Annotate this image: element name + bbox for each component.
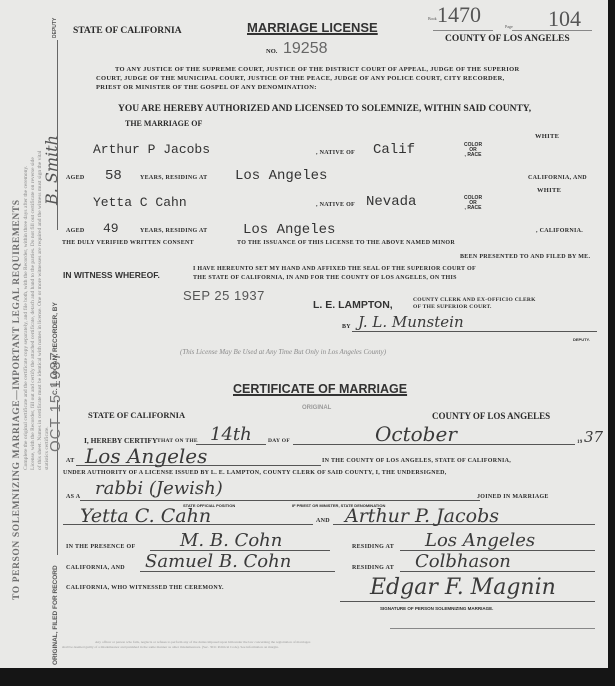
consent-line-2: TO THE ISSUANCE OF THIS LICENSE TO THE A… xyxy=(237,240,455,246)
witness-2-name: Samuel B. Cohn xyxy=(145,551,291,572)
california-label: , CALIFORNIA. xyxy=(536,228,583,234)
filed-for-record-label: ORIGINAL, FILED FOR RECORD xyxy=(52,565,59,665)
day-of-label: DAY OF xyxy=(268,438,290,444)
certificate-year: 37 xyxy=(584,428,603,446)
license-state: STATE OF CALIFORNIA xyxy=(73,26,182,36)
address-line-3: PRIEST OR MINISTER OF THE GOSPEL OF ANY … xyxy=(96,84,317,91)
groom-age: 58 xyxy=(105,168,122,184)
clerk-name: L. E. LAMPTON, xyxy=(313,299,393,311)
and-label: AND xyxy=(316,518,330,524)
witness-text-2: THE STATE OF CALIFORNIA, IN AND FOR THE … xyxy=(193,275,457,281)
bride-native-of: Nevada xyxy=(366,194,416,210)
signature-caption: SIGNATURE OF PERSON SOLEMNIZING MARRIAGE… xyxy=(380,606,493,611)
year-prefix: 19 xyxy=(577,440,583,445)
address-line-2: COURT, JUDGE OF THE MUNICIPAL COURT, JUS… xyxy=(96,75,505,82)
deputy-signature-line xyxy=(352,331,597,332)
certificate-place: Los Angeles xyxy=(85,444,207,468)
groom-aged-label: AGED xyxy=(66,175,85,181)
groom-residence: Los Angeles xyxy=(235,168,327,184)
party-2-name: Arthur P. Jacobs xyxy=(345,505,499,527)
signature-flourish-line xyxy=(390,628,595,629)
address-line-1: TO ANY JUSTICE OF THE SUPREME COURT, JUS… xyxy=(115,66,519,73)
recorder-label: C. L. LOGAN, RECORDER, BY xyxy=(52,302,59,395)
fine-print-1: Any officer or person who fails, neglect… xyxy=(95,640,310,644)
official-position: rabbi (Jewish) xyxy=(95,478,223,499)
california-and-label: CALIFORNIA, AND xyxy=(528,175,587,181)
book-line xyxy=(433,30,493,31)
fine-print-2: shall be deemed guilty of a misdemeanor … xyxy=(62,645,279,649)
california-and-label-2: CALIFORNIA, AND xyxy=(66,565,125,571)
at-label: AT xyxy=(66,458,75,464)
joined-in-marriage: JOINED IN MARRIAGE xyxy=(477,494,549,500)
in-witness-whereof: IN WITNESS WHEREOF. xyxy=(63,270,160,280)
certificate-original: ORIGINAL xyxy=(302,405,331,411)
bride-name: Yetta C Cahn xyxy=(93,195,187,210)
groom-race: WHITE xyxy=(535,133,559,140)
groom-residing-label: YEARS, RESIDING AT xyxy=(140,175,207,181)
certificate-county: COUNTY OF LOS ANGELES xyxy=(432,411,550,421)
page-line xyxy=(512,30,592,31)
bride-color-race-label: COLOROR, RACE xyxy=(464,196,482,211)
witness-2-residing-label: RESIDING AT xyxy=(352,565,394,571)
as-a-label: AS A xyxy=(66,494,80,500)
license-title: MARRIAGE LICENSE xyxy=(247,20,378,35)
officiant-signature: Edgar F. Magnin xyxy=(370,575,556,600)
deputy-label: DEPUTY xyxy=(52,18,58,38)
authorized-text: YOU ARE HEREBY AUTHORIZED AND LICENSED T… xyxy=(118,104,531,114)
position-line xyxy=(80,500,480,501)
usage-note: (This License May Be Used at Any Time Bu… xyxy=(180,348,386,356)
clerk-title-1: COUNTY CLERK AND EX-OFFICIO CLERK xyxy=(413,297,536,303)
bride-age: 49 xyxy=(103,221,119,236)
who-witnessed-text: CALIFORNIA, WHO WITNESSED THE CEREMONY. xyxy=(66,585,224,591)
witness-1-residing-label: RESIDING AT xyxy=(352,544,394,550)
certificate-state: STATE OF CALIFORNIA xyxy=(88,410,185,420)
page-label: Page xyxy=(505,24,513,29)
book-number: 1470 xyxy=(437,2,481,28)
officiant-signature-line xyxy=(340,601,595,602)
consent-line-1: THE DULY VERIFIED WRITTEN CONSENT xyxy=(62,240,194,246)
recorder-signature: B. Smith xyxy=(42,135,61,205)
book-label: Book xyxy=(428,16,437,21)
margin-title: TO PERSON SOLEMNIZING MARRIAGE—IMPORTANT… xyxy=(12,199,22,600)
license-county: COUNTY OF LOS ANGELES xyxy=(445,34,570,44)
party-1-name: Yetta C. Cahn xyxy=(80,505,211,527)
in-county-text: IN THE COUNTY OF LOS ANGELES, STATE OF C… xyxy=(322,458,511,464)
by-label: BY xyxy=(342,324,351,330)
margin-instructions-2: License, with the Recorder, fill out and… xyxy=(30,157,36,470)
page-number: 104 xyxy=(548,6,581,32)
margin-instructions-1: Complete the original certificate and th… xyxy=(23,166,29,470)
certificate-title: CERTIFICATE OF MARRIAGE xyxy=(233,382,407,396)
issue-date-stamp: SEP 25 1937 xyxy=(183,288,265,303)
authority-text: UNDER AUTHORITY OF A LICENSE ISSUED BY L… xyxy=(63,470,447,476)
groom-native-of: Calif xyxy=(373,142,415,158)
bride-residence: Los Angeles xyxy=(243,222,335,238)
witness-1-name: M. B. Cohn xyxy=(180,530,282,551)
deputy-signature: J. L. Munstein xyxy=(358,313,464,331)
license-no-label: NO. xyxy=(266,48,277,55)
certificate-month: October xyxy=(375,422,457,446)
document-page: TO PERSON SOLEMNIZING MARRIAGE—IMPORTANT… xyxy=(0,0,608,668)
witness-2-residence: Colbhason xyxy=(415,551,511,572)
marriage-of-label: THE MARRIAGE OF xyxy=(125,119,202,128)
groom-name: Arthur P Jacobs xyxy=(93,142,210,157)
bride-residing-label: YEARS, RESIDING AT xyxy=(140,228,207,234)
groom-color-race-label: COLOROR, RACE xyxy=(464,143,482,158)
clerk-title-2: OF THE SUPERIOR COURT. xyxy=(413,304,492,310)
witness-text-1: I HAVE HEREUNTO SET MY HAND AND AFFIXED … xyxy=(193,266,476,272)
bride-native-label: , NATIVE OF xyxy=(316,202,355,208)
consent-line-3: BEEN PRESENTED TO AND FILED BY ME. xyxy=(460,254,590,260)
bride-race: WHITE xyxy=(537,187,561,194)
presence-label: IN THE PRESENCE OF xyxy=(66,544,135,550)
certificate-day: 14th xyxy=(210,424,252,445)
bride-aged-label: AGED xyxy=(66,228,85,234)
license-deputy-label: DEPUTY. xyxy=(573,337,590,342)
groom-native-label: , NATIVE OF xyxy=(316,150,355,156)
license-number: 19258 xyxy=(283,40,328,58)
witness-1-residence: Los Angeles xyxy=(425,530,535,551)
